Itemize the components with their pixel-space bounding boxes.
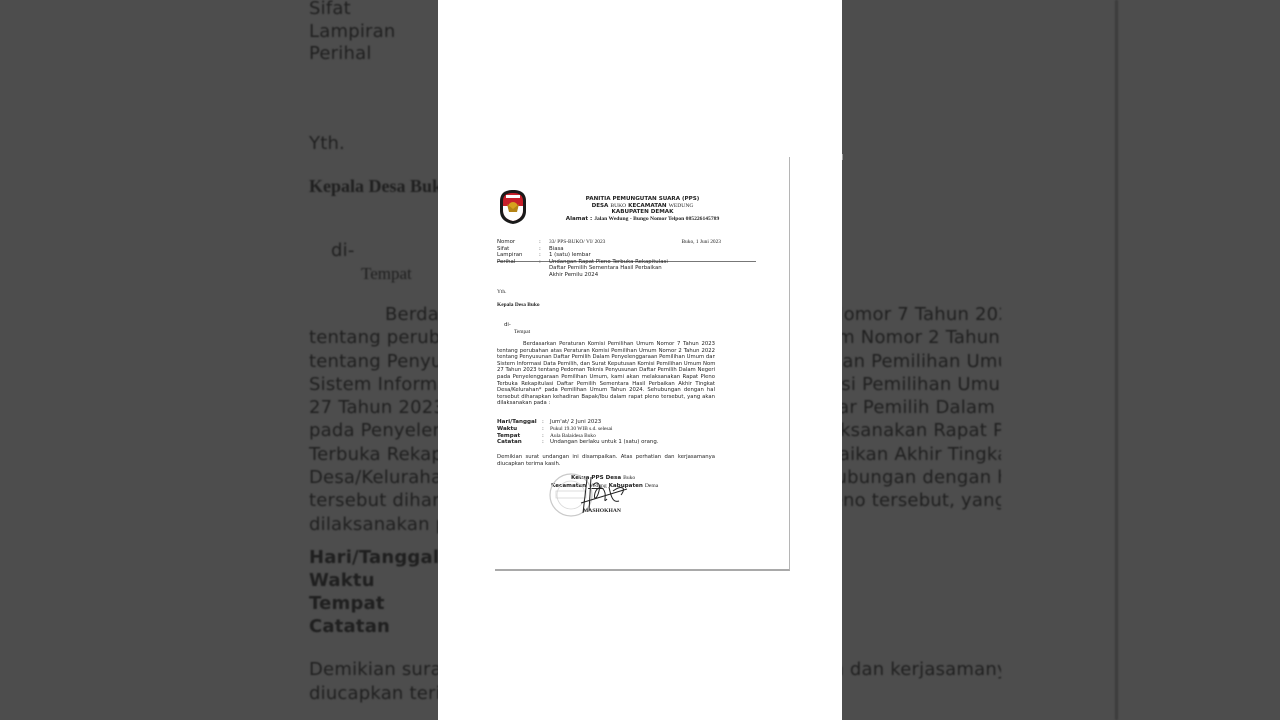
detail-colon: : — [542, 439, 550, 446]
detail-label: Tempat — [497, 433, 542, 440]
body-line: Desa/Kelurahan* pada Pemilihan Umum Tahu… — [497, 387, 715, 394]
detail-row-time: Waktu : Pukul 19.30 WIB s.d. selesai — [497, 426, 727, 433]
detail-value: Aula Balaidesa Buko — [550, 433, 596, 440]
closing-line: diucapkan terima kasih. — [497, 461, 715, 468]
body-line: tentang perubahan atas Peraturan Komisi … — [497, 348, 715, 355]
closing-paragraph: Demikian surat undangan ini disampaikan.… — [497, 454, 715, 467]
bg-recipient: Kepala Desa Buk — [309, 176, 442, 197]
body-paragraph: Berdasarkan Peraturan Komisi Pemilihan U… — [497, 341, 715, 407]
tempat-label: Tempat — [514, 329, 530, 336]
detail-colon: : — [542, 419, 550, 426]
backdrop-divider — [1115, 0, 1118, 720]
detail-colon: : — [542, 433, 550, 440]
detail-label: Catatan — [497, 439, 542, 446]
kop-kecamatan-name: WEDUNG — [669, 203, 694, 209]
bg-detail-labels: Hari/Tanggal Waktu Tempat Catatan — [309, 546, 439, 638]
recipient: Kepala Desa Buko — [497, 302, 540, 309]
kop-desa-name: BUKO — [610, 203, 626, 209]
salutation: Yth. — [497, 289, 506, 296]
bg-label-lampiran: Lampiran — [309, 21, 395, 42]
signature-block: Ketua PPS Desa Buko Kecamatan Wedung Kab… — [551, 475, 671, 490]
letter-document: PANITIA PEMUNGUTAN SUARA (PPS) DESA BUKO… — [495, 157, 790, 571]
detail-value: Undangan berlaku untuk 1 (satu) orang. — [550, 439, 658, 446]
detail-row-note: Catatan : Undangan berlaku untuk 1 (satu… — [497, 439, 727, 446]
body-line: tentang Penyusunan Daftar Pemilih Dalam … — [497, 354, 715, 361]
bg-detail-label: Hari/Tanggal — [309, 546, 439, 569]
event-details: Hari/Tanggal : Jum'at/ 2 Juni 2023 Waktu… — [497, 419, 727, 446]
detail-value: Pukul 19.30 WIB s.d. selesai — [550, 426, 612, 433]
bg-di: di- — [331, 240, 355, 261]
di-label: di- — [504, 322, 511, 329]
body-line: pada Penyelenggaraan Pemilihan Umum, kam… — [497, 374, 715, 381]
body-line: dilaksanakan pada : — [497, 400, 715, 407]
detail-label: Waktu — [497, 426, 542, 433]
bg-label-sifat: Sifat — [309, 0, 351, 19]
kop-line-1: PANITIA PEMUNGUTAN SUARA (PPS) — [540, 196, 745, 203]
kop-kecamatan-label: KECAMATAN — [628, 203, 666, 209]
detail-label: Hari/Tanggal — [497, 419, 542, 426]
sign-kabupaten-name: Dema — [645, 483, 658, 489]
bg-salutation: Yth. — [309, 133, 345, 154]
meta-colon: : — [539, 259, 549, 279]
bg-tempat: Tempat — [361, 264, 412, 284]
meta-row-perihal: Perihal : Undangan Rapat Pleno Terbuka R… — [497, 259, 759, 279]
video-panel: PANITIA PEMUNGUTAN SUARA (PPS) DESA BUKO… — [438, 0, 842, 720]
detail-row-place: Tempat : Aula Balaidesa Buko — [497, 433, 727, 440]
bg-detail-label: Waktu — [309, 569, 439, 592]
kop-line-3: KABUPATEN DEMAK — [540, 209, 745, 216]
detail-row-date: Hari/Tanggal : Jum'at/ 2 Juni 2023 — [497, 419, 727, 426]
closing-line: Demikian surat undangan ini disampaikan.… — [497, 454, 715, 461]
letterhead-text: PANITIA PEMUNGUTAN SUARA (PPS) DESA BUKO… — [540, 196, 745, 222]
body-line: Berdasarkan Peraturan Komisi Pemilihan U… — [497, 341, 715, 348]
body-line: 27 Tahun 2023 tentang Pedoman Teknis Pen… — [497, 367, 715, 374]
kop-line-2: DESA BUKO KECAMATAN WEDUNG — [540, 203, 745, 210]
meta-value: Undangan Rapat Pleno Terbuka Rekapitulas… — [549, 259, 677, 279]
meta-label: Perihal — [497, 259, 539, 279]
kpu-logo-icon — [498, 189, 528, 225]
address-value: Jalan Wedung - Bungo Nomor Telpon 085226… — [594, 216, 719, 222]
body-line: tersebut diharapkan kehadiran Bapak/Ibu … — [497, 394, 715, 401]
address-label: Alamat : — [566, 216, 592, 222]
detail-colon: : — [542, 426, 550, 433]
body-line: Sistem Informasi Data Pemilih, dan Surat… — [497, 361, 715, 368]
bg-detail-label: Catatan — [309, 615, 439, 638]
scan-edge-mark — [842, 154, 843, 160]
letter-meta: Nomor : 33/ PPS-BUKO/ VI/ 2023 Sifat : B… — [497, 239, 759, 278]
body-line: Terbuka Rekapitulasi Daftar Pemilih Seme… — [497, 381, 715, 388]
bg-label-perihal: Perihal — [309, 43, 372, 64]
place-date: Buko, 1 Juni 2023 — [681, 239, 721, 246]
letterhead: PANITIA PEMUNGUTAN SUARA (PPS) DESA BUKO… — [495, 187, 755, 233]
signatory-name: MASHOKHAN — [583, 508, 621, 516]
kop-address: Alamat : Jalan Wedung - Bungo Nomor Telp… — [540, 216, 745, 223]
detail-value: Jum'at/ 2 Juni 2023 — [550, 419, 601, 426]
bg-detail-label: Tempat — [309, 592, 439, 615]
kop-desa-label: DESA — [592, 203, 609, 209]
